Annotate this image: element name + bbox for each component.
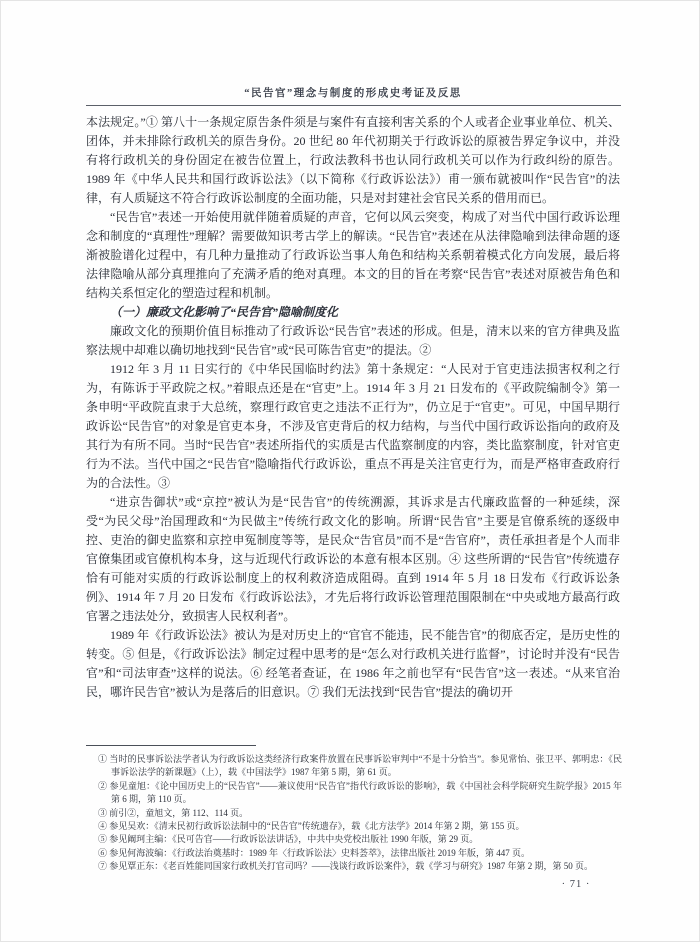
footnote: ② 参见童旭：《论中国历史上的“民告官”——兼议使用“民告官”指代行政诉讼的影响…: [98, 780, 622, 807]
footnote: ① 当时的民事诉讼法学者认为行政诉讼这类经济行政案件放置在民事诉讼审判中“不是十…: [98, 753, 622, 780]
section-subheading: （一）廉政文化影响了“民告官”隐喻制度化: [86, 303, 620, 322]
footnotes-block: ① 当时的民事诉讼法学者认为行政诉讼这类经济行政案件放置在民事诉讼审判中“不是十…: [98, 753, 622, 874]
paragraph: 本法规定。”① 第八十一条规定原告条件须是与案件有直接利害关系的个人或者企业事业…: [86, 113, 620, 208]
paragraph: 1989 年《行政诉讼法》被认为是对历史上的“官官不能违，民不能告官”的彻底否定…: [86, 626, 620, 702]
running-head-title: “民告官”理念与制度的形成史考证及反思: [86, 85, 620, 100]
page-number: · 71 ·: [541, 879, 611, 890]
paragraph: “进京告御状”或“京控”被认为是“民告官”的传统溯源，其诉求是古代廉政监督的一种…: [86, 493, 620, 626]
header-rule: [86, 105, 621, 106]
footnote: ⑤ 参见阚珂主编：《民可告官——行政诉讼法讲话》，中共中央党校出版社 1990 …: [98, 833, 622, 846]
paragraph: “民告官”表述一开始使用就伴随着质疑的声音，它何以风云突变，构成了对当代中国行政…: [86, 208, 620, 303]
footnote: ⑥ 参见何海波编：《行政法治奠基时：1989 年〈行政诉讼法〉史料荟萃》，法律出…: [98, 847, 622, 860]
footnote: ③ 前引②，童旭文，第 112、114 页。: [98, 807, 622, 820]
footnote-divider: [86, 745, 256, 746]
paper-page: “民告官”理念与制度的形成史考证及反思 本法规定。”① 第八十一条规定原告条件须…: [0, 0, 700, 942]
footnote: ⑦ 参见覃正东：《老百姓能同国家行政机关打官司吗？——浅谈行政诉讼案件》，载《学…: [98, 860, 622, 873]
paragraph: 1912 年 3 月 11 日实行的《中华民国临时约法》第十条规定：“人民对于官…: [86, 360, 620, 493]
paragraph: 廉政文化的预期价值目标推动了行政诉讼“民告官”表述的形成。但是，清末以来的官方律…: [86, 322, 620, 360]
footnote: ④ 参见吴欢：《清末民初行政诉讼法制中的“民告官”传统遗存》，载《北方法学》20…: [98, 820, 622, 833]
body-content: 本法规定。”① 第八十一条规定原告条件须是与案件有直接利害关系的个人或者企业事业…: [86, 113, 620, 702]
